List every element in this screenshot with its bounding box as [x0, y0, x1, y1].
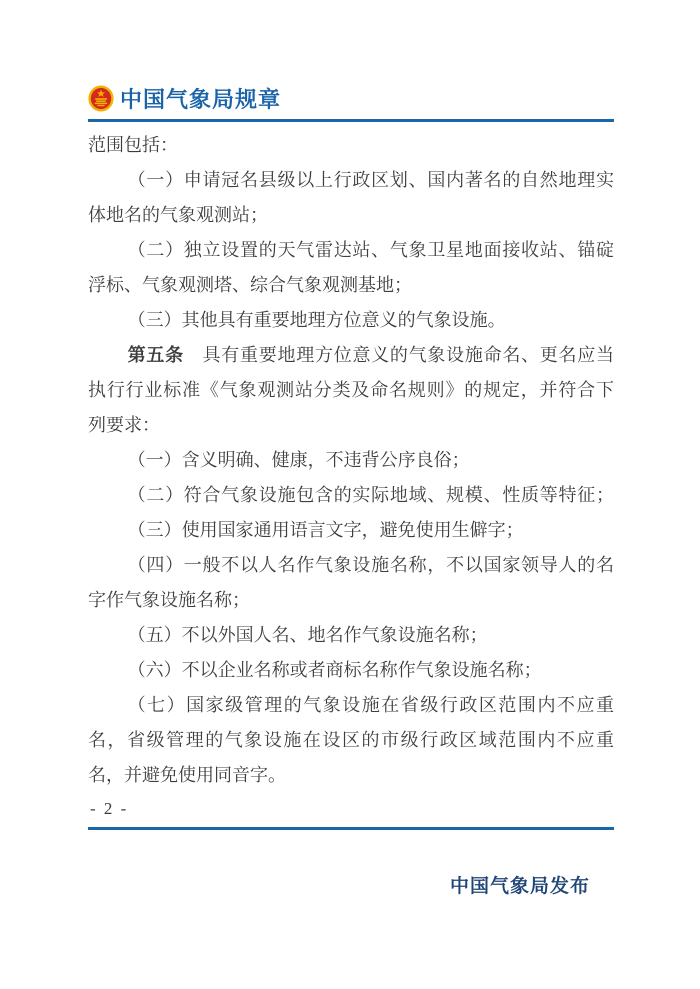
body-text: 范围包括： （一）申请冠名县级以上行政区划、国内著名的自然地理实 体地名的气象观…: [88, 128, 614, 793]
body-line: 浮标、气象观测塔、综合气象观测基地；: [88, 268, 614, 303]
body-line: （二）符合气象设施包含的实际地域、规模、性质等特征；: [88, 478, 614, 513]
body-line: 列要求：: [88, 408, 614, 443]
body-line: （三）其他具有重要地理方位意义的气象设施。: [88, 303, 614, 338]
footer-rule: [88, 827, 614, 830]
body-line: （一）申请冠名县级以上行政区划、国内著名的自然地理实: [88, 163, 614, 198]
publisher-label: 中国气象局发布: [450, 871, 590, 898]
body-line-article-5: 第五条 具有重要地理方位意义的气象设施命名、更名应当: [88, 338, 614, 373]
body-line: （七）国家级管理的气象设施在省级行政区范围内不应重: [88, 688, 614, 723]
body-line: 范围包括：: [88, 128, 614, 163]
body-line: （三）使用国家通用语言文字，避免使用生僻字；: [88, 513, 614, 548]
article-text: 具有重要地理方位意义的气象设施命名、更名应当: [184, 345, 614, 365]
body-line: 执行行业标准《气象观测站分类及命名规则》的规定，并符合下: [88, 373, 614, 408]
national-emblem-icon: [88, 85, 114, 112]
body-line: （一）含义明确、健康，不违背公序良俗；: [88, 443, 614, 478]
body-line: 字作气象设施名称；: [88, 583, 614, 618]
document-header: 中国气象局规章: [88, 83, 614, 122]
body-line: （二）独立设置的天气雷达站、气象卫星地面接收站、锚碇: [88, 233, 614, 268]
body-line: （五）不以外国人名、地名作气象设施名称；: [88, 618, 614, 653]
page-number: - 2 -: [90, 799, 128, 819]
body-line: 体地名的气象观测站；: [88, 198, 614, 233]
document-page: { "header": { "title": "中国气象局规章", "emble…: [0, 0, 700, 989]
body-line: 名，省级管理的气象设施在设区的市级行政区域范围内不应重: [88, 723, 614, 758]
body-line: （六）不以企业名称或者商标名称作气象设施名称；: [88, 653, 614, 688]
body-line: 名，并避免使用同音字。: [88, 758, 614, 793]
article-number: 第五条: [128, 345, 184, 365]
header-title: 中国气象局规章: [120, 83, 281, 114]
body-line: （四）一般不以人名作气象设施名称，不以国家领导人的名: [88, 548, 614, 583]
